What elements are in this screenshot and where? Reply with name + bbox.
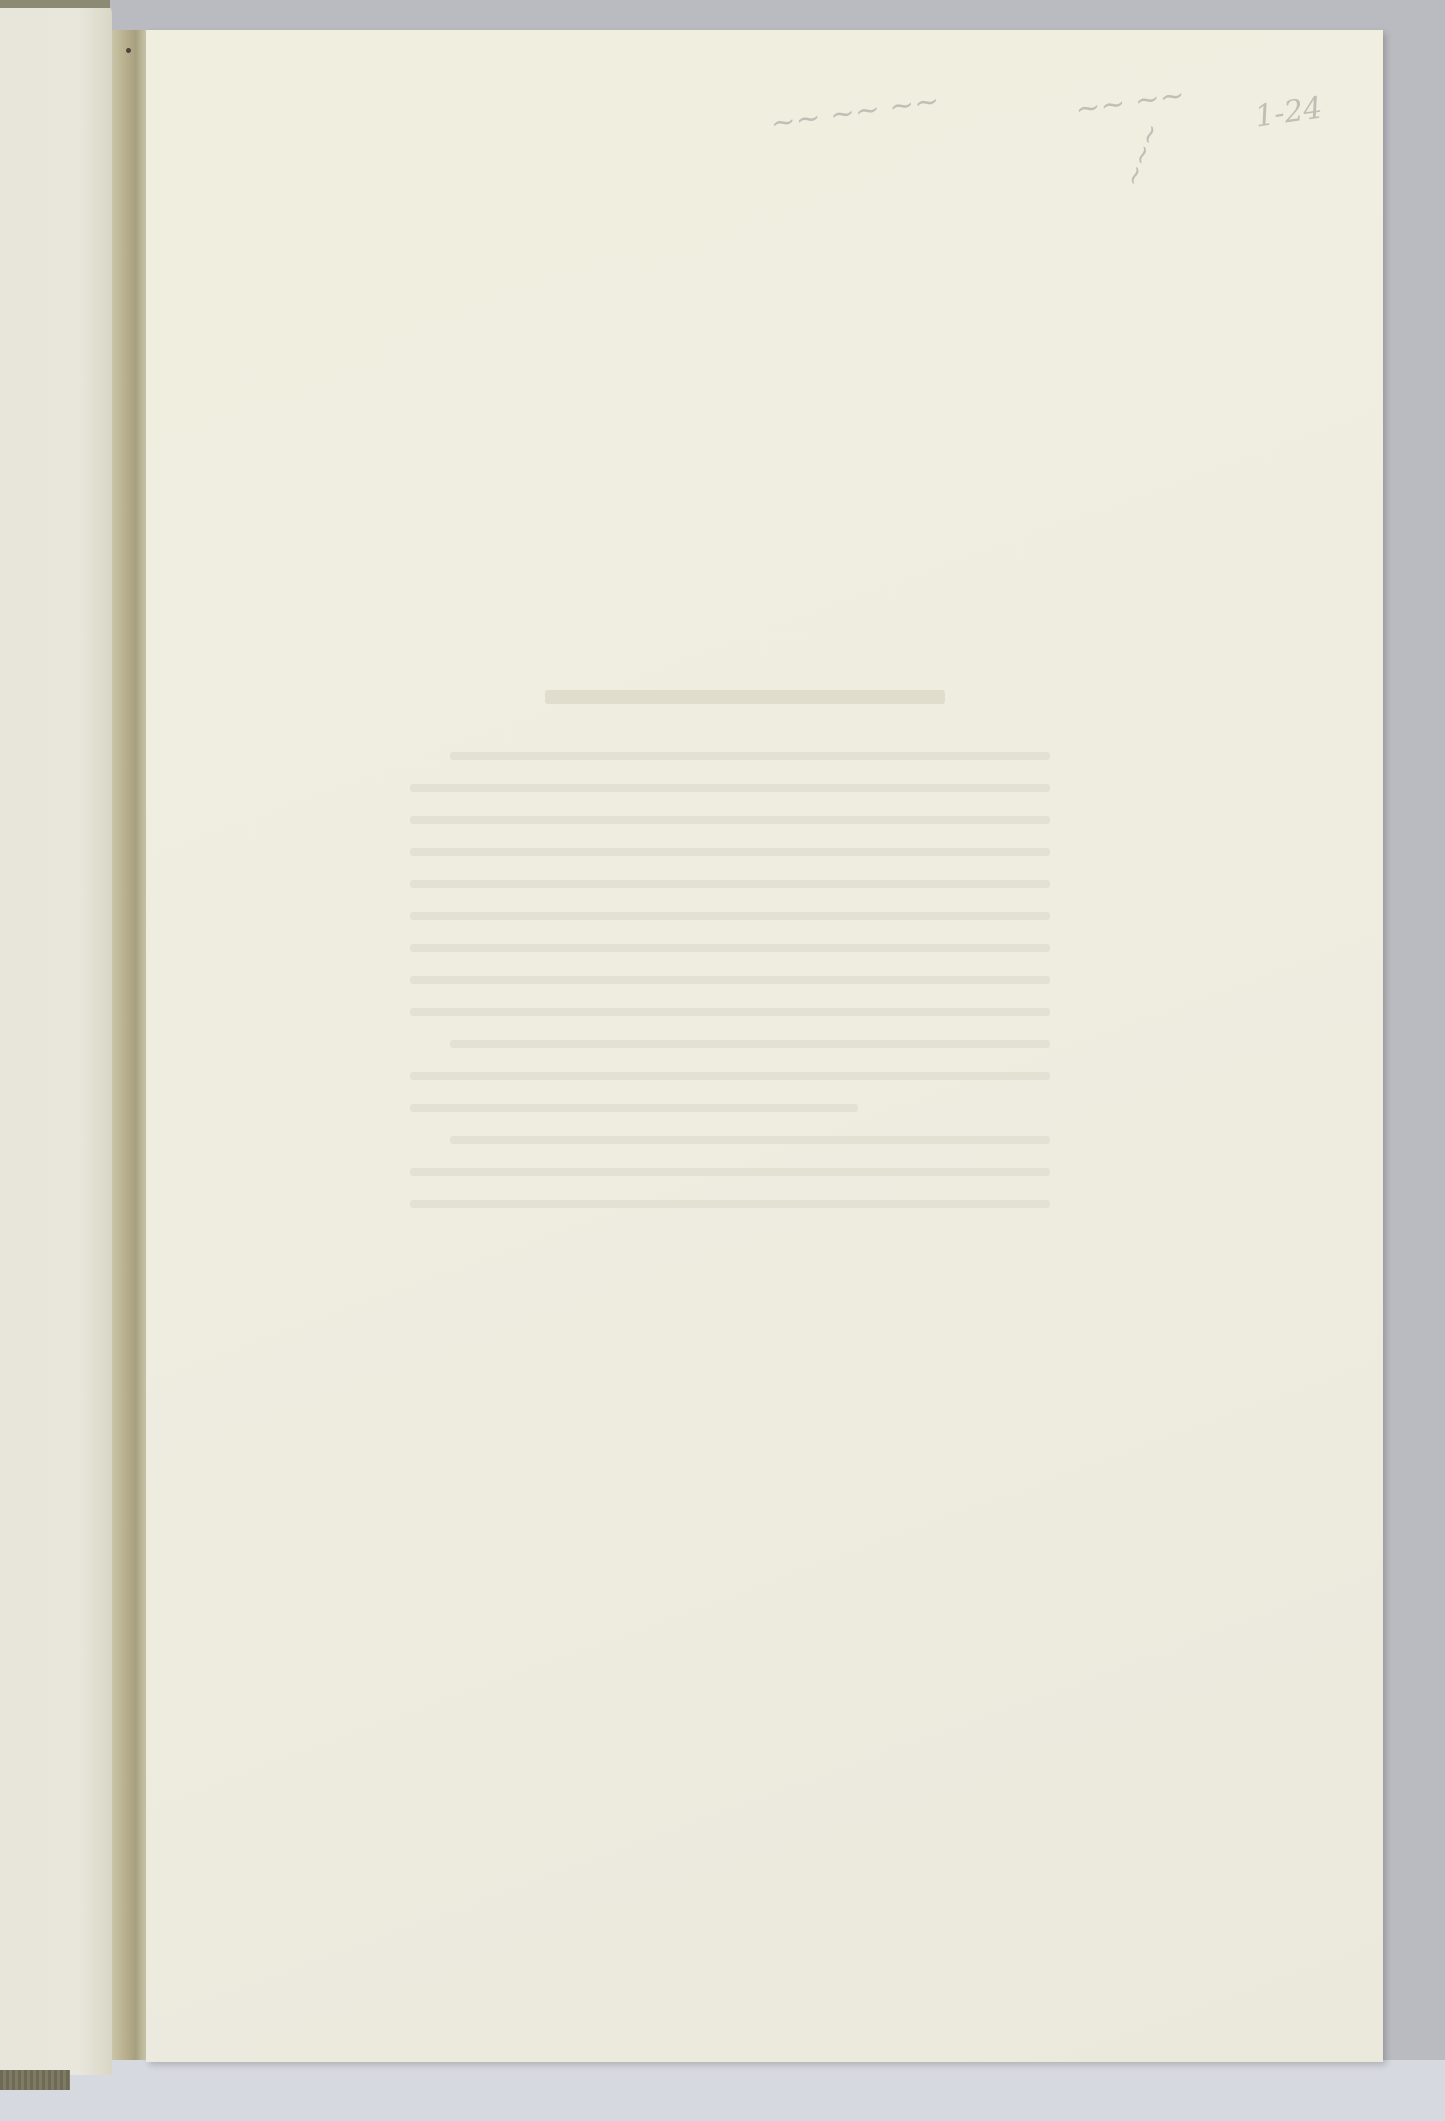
book-gutter	[112, 30, 146, 2060]
table-surface	[0, 2060, 1445, 2121]
bleed-through-heading	[545, 690, 945, 704]
bleed-through-text	[410, 740, 1050, 1232]
left-page	[0, 0, 112, 2075]
book-cloth-edge-top	[0, 0, 110, 8]
gutter-speck	[126, 48, 131, 53]
book-cloth-edge-bottom	[0, 2070, 70, 2090]
